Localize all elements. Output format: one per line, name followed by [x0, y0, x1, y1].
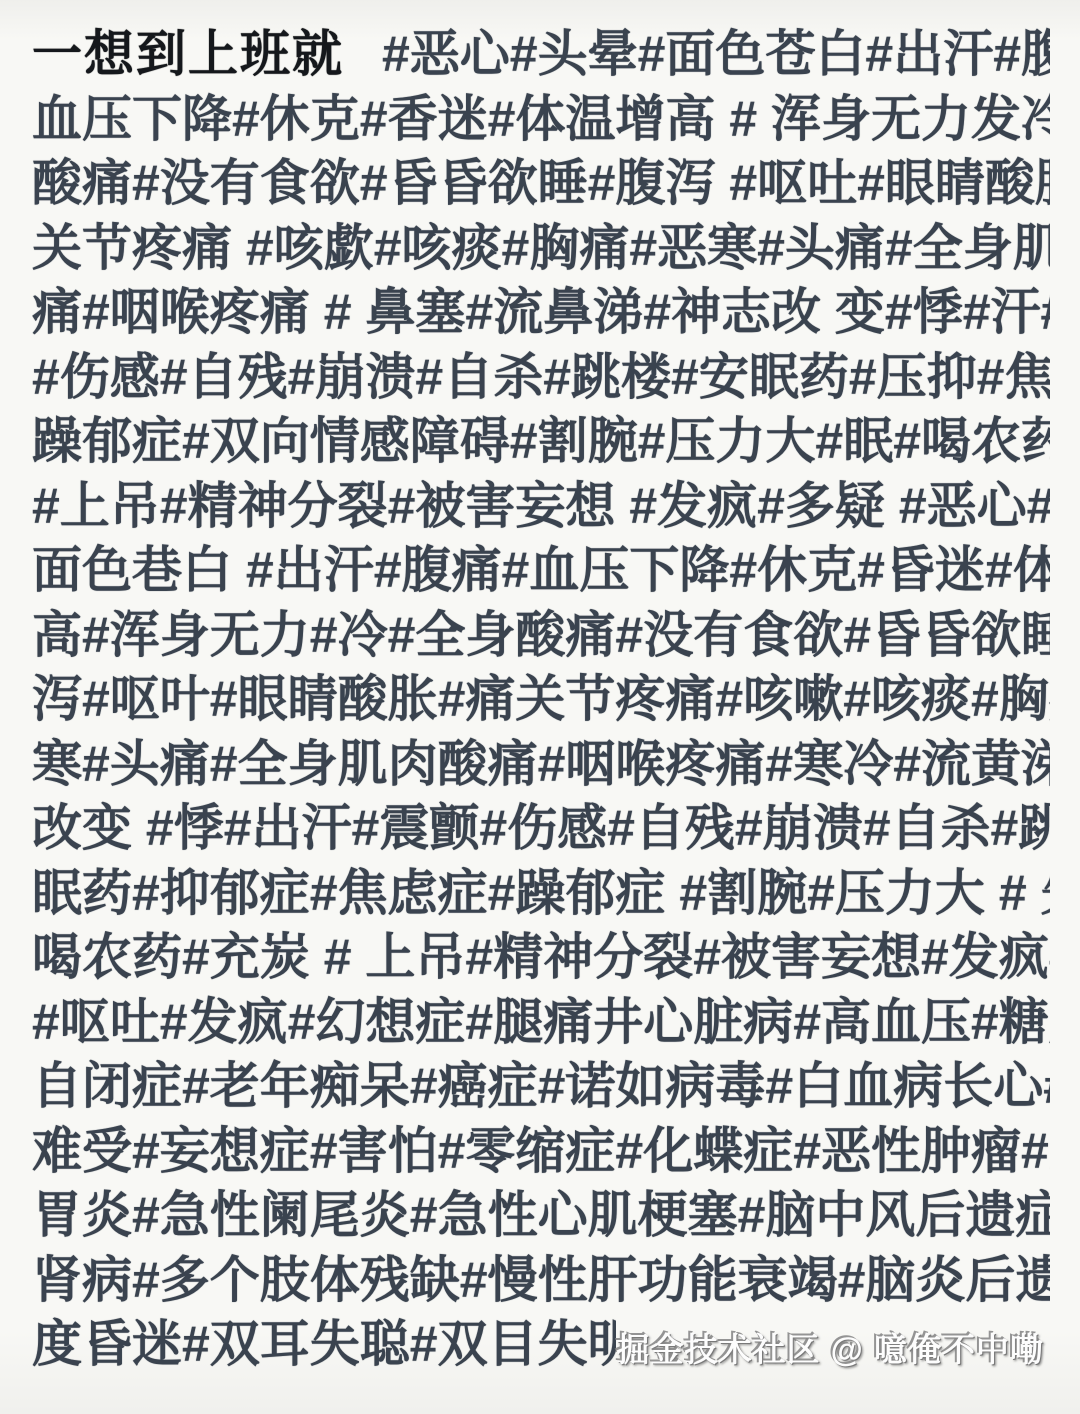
- hashtag-line: 血压下降#休克#香迷#体温增高 # 浑身无力发冷#全身: [32, 87, 1050, 152]
- hashtag-line: #伤感#自残#崩溃#自杀#跳楼#安眠药#压抑#焦虑症#: [32, 345, 1050, 410]
- hashtag-line: 喝农药#充炭 # 上吊#精神分裂#被害妄想#发疯#多疑: [32, 925, 1050, 990]
- hashtag-line: 躁郁症#双向情感障碍#割腕#压力大#眠#喝农药#烧炭: [32, 409, 1050, 474]
- hashtag-line: 改变 #悸#出汗#震颤#伤感#自残#崩溃#自杀#跳楼#安: [32, 796, 1050, 861]
- last-row: 度昏迷#双耳失聪#双目失明 掘金技术社区 @ 噫俺不中嘞: [32, 1312, 1050, 1377]
- hashtag-lines: 血压下降#休克#香迷#体温增高 # 浑身无力发冷#全身酸痛#没有食欲#昏昏欲睡#…: [32, 87, 1050, 1313]
- meme-page: 一想到上班就 #恶心#头晕#面色苍白#出汗#腹痛# 血压下降#休克#香迷#体温增…: [0, 0, 1080, 1414]
- first-line: 一想到上班就 #恶心#头晕#面色苍白#出汗#腹痛#: [32, 22, 1050, 87]
- hashtag-line: 痛#咽喉疼痛 # 鼻塞#流鼻涕#神志改 变#悸#汗#震颤: [32, 280, 1050, 345]
- watermark: 掘金技术社区 @ 噫俺不中嘞: [616, 1324, 1050, 1371]
- hashtag-line: #上吊#精神分裂#被害妄想 #发疯#多疑 #恶心#头晕#: [32, 474, 1050, 539]
- hashtag-line: 肾病#多个肢体残缺#慢性肝功能衰竭#脑炎后遗症#深: [32, 1248, 1050, 1313]
- hashtag-line: 眠药#抑郁症#焦虑症#躁郁症 #割腕#压力大 # 失眠 #: [32, 861, 1050, 926]
- first-line-hashtags: #恶心#头晕#面色苍白#出汗#腹痛#: [382, 22, 1050, 87]
- hashtag-line: 自闭症#老年痴呆#癌症#诺如病毒#白血病长心#暴躁#: [32, 1054, 1050, 1119]
- hashtag-line: 难受#妄想症#害怕#零缩症#化蝶症#恶性肿瘤#急性肠: [32, 1119, 1050, 1184]
- intro-phrase: 一想到上班就: [32, 22, 344, 87]
- hashtag-line: 关节疼痛 #咳歔#咳痰#胸痛#恶寒#头痛#全身肌肉酸: [32, 216, 1050, 281]
- hashtag-line: 酸痛#没有食欲#昏昏欲睡#腹泻 #呕吐#眼睛酸胀 # 痛: [32, 151, 1050, 216]
- hashtag-line: 面色巷白 #出汗#腹痛#血压下降#休克#昏迷#体温增: [32, 538, 1050, 603]
- hashtag-line: 高#浑身无力#冷#全身酸痛#没有食欲#昏昏欲睡 # 腹: [32, 603, 1050, 668]
- hashtag-line: 泻#呕叶#眼睛酸胀#痛关节疼痛#咳嗽#咳痰#胸痛#恶: [32, 667, 1050, 732]
- hashtag-line: #呕吐#发疯#幻想症#腿痛井心脏病#高血压#糖尿病#: [32, 990, 1050, 1055]
- hashtag-line: 寒#头痛#全身肌肉酸痛#咽喉疼痛#寒冷#流黄涕#神志: [32, 732, 1050, 797]
- hashtag-line: 胃炎#急性阑尾炎#急性心肌梗塞#脑中风后遗症#终末: [32, 1183, 1050, 1248]
- last-hashtag-line: 度昏迷#双耳失聪#双目失明: [32, 1312, 616, 1377]
